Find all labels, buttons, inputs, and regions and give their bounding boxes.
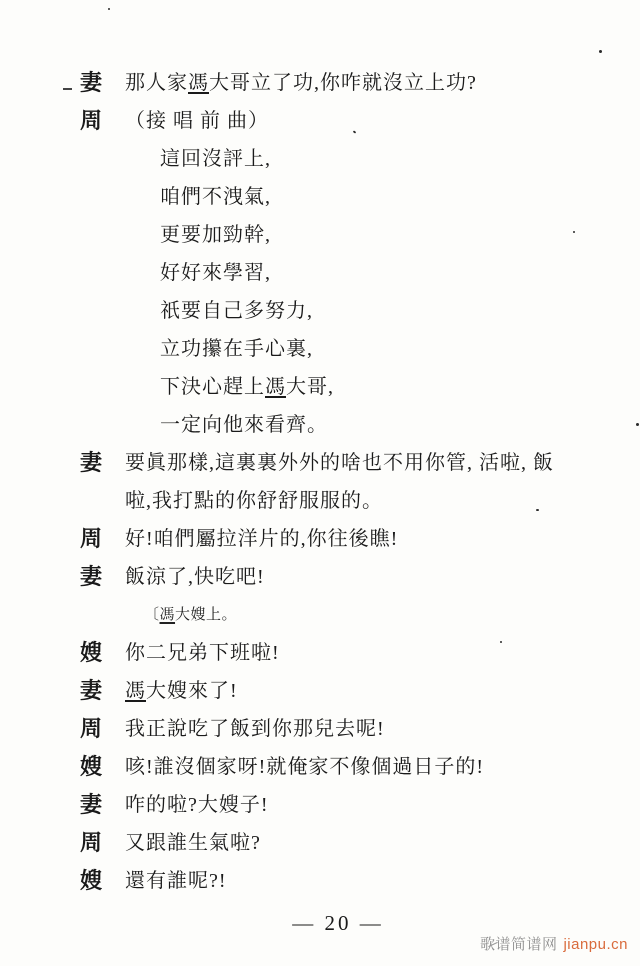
dialogue-line: 嫂你二兄弟下班啦! (80, 634, 606, 672)
line-text: 你二兄弟下班啦! (125, 634, 280, 672)
speaker-label: 妻 (80, 444, 125, 482)
watermark: 歌谱简谱网jianpu.cn (480, 933, 628, 954)
line-text: 祇要自己多努力, (160, 292, 313, 330)
dialogue-line: 妻飯涼了,快吃吧! (80, 558, 606, 596)
line-text: 〔馮大嫂上。 (144, 596, 237, 634)
script-lines: 妻那人家馮大哥立了功,你咋就沒立上功?周（接 唱 前 曲）這回沒評上,咱們不洩氣… (80, 64, 606, 900)
line-text: 好!咱們屬拉洋片的,你往後瞧! (125, 520, 398, 558)
speaker-label: 周 (80, 710, 125, 748)
speaker-label: 周 (80, 520, 125, 558)
line-text: 我正說吃了飯到你那兒去呢! (125, 710, 385, 748)
speaker-label: 嫂 (80, 862, 125, 900)
verse-line: 更要加勁幹, (80, 216, 606, 254)
underlined-proper-name: 馮 (265, 376, 286, 398)
line-text: 啦,我打點的你舒舒服服的。 (125, 482, 383, 520)
scan-noise-dot (500, 641, 502, 643)
dialogue-line: 嫂還有誰呢?! (80, 862, 606, 900)
verse-line: 咱們不洩氣, (80, 178, 606, 216)
line-text: 又跟誰生氣啦? (125, 824, 261, 862)
dialogue-line: 周好!咱們屬拉洋片的,你往後瞧! (80, 520, 606, 558)
line-text: 咳!誰沒個家呀!就俺家不像個過日子的! (125, 748, 484, 786)
watermark-site-url: jianpu.cn (563, 936, 628, 953)
dialogue-line: 周（接 唱 前 曲） (80, 102, 606, 140)
speaker-label: 周 (80, 824, 125, 862)
verse-line: 祇要自己多努力, (80, 292, 606, 330)
scan-noise-dash (63, 88, 72, 90)
line-text: 這回沒評上, (160, 140, 271, 178)
speaker-label: 妻 (80, 64, 125, 102)
line-text: 馮大嫂來了! (125, 672, 238, 710)
speaker-label: 妻 (80, 558, 125, 596)
verse-line: 這回沒評上, (80, 140, 606, 178)
speaker-label: 嫂 (80, 748, 125, 786)
script-body: 妻那人家馮大哥立了功,你咋就沒立上功?周（接 唱 前 曲）這回沒評上,咱們不洩氣… (80, 64, 606, 938)
line-text: 一定向他來看齊。 (160, 406, 328, 444)
line-text: 咋的啦?大嫂子! (125, 786, 269, 824)
line-text: 立功攥在手心裏, (160, 330, 313, 368)
verse-line: 立功攥在手心裏, (80, 330, 606, 368)
dialogue-line: 周又跟誰生氣啦? (80, 824, 606, 862)
stage-line: 〔馮大嫂上。 (80, 596, 606, 634)
dialogue-line: 嫂咳!誰沒個家呀!就俺家不像個過日子的! (80, 748, 606, 786)
verse-line: 一定向他來看齊。 (80, 406, 606, 444)
verse-line: 好好來學習, (80, 254, 606, 292)
underlined-proper-name: 馮 (160, 607, 176, 623)
underlined-proper-name: 馮 (125, 680, 146, 702)
dialogue-line: 妻咋的啦?大嫂子! (80, 786, 606, 824)
line-text: 飯涼了,快吃吧! (125, 558, 265, 596)
continuation-line: 啦,我打點的你舒舒服服的。 (80, 482, 606, 520)
scan-noise-dot (108, 8, 110, 10)
speaker-label: 嫂 (80, 634, 125, 672)
line-text: 那人家馮大哥立了功,你咋就沒立上功? (125, 64, 477, 102)
line-text: 更要加勁幹, (160, 216, 271, 254)
scan-noise-dot (573, 231, 575, 233)
line-text: （接 唱 前 曲） (125, 102, 269, 140)
dialogue-line: 妻馮大嫂來了! (80, 672, 606, 710)
dialogue-line: 妻那人家馮大哥立了功,你咋就沒立上功? (80, 64, 606, 102)
line-text: 咱們不洩氣, (160, 178, 271, 216)
dialogue-line: 妻要眞那樣,這裏裏外外的啥也不用你管, 活啦, 飯 (80, 444, 606, 482)
speaker-label: 妻 (80, 786, 125, 824)
speaker-label: 妻 (80, 672, 125, 710)
line-text: 下決心趕上馮大哥, (160, 368, 334, 406)
dialogue-line: 周我正說吃了飯到你那兒去呢! (80, 710, 606, 748)
line-text: 還有誰呢?! (125, 862, 227, 900)
scanned-page: 妻那人家馮大哥立了功,你咋就沒立上功?周（接 唱 前 曲）這回沒評上,咱們不洩氣… (0, 0, 640, 966)
verse-line: 下決心趕上馮大哥, (80, 368, 606, 406)
line-text: 好好來學習, (160, 254, 271, 292)
scan-noise-dot (536, 509, 539, 511)
speaker-label: 周 (80, 102, 125, 140)
scan-noise-dot (636, 423, 639, 426)
scan-noise-dot (599, 50, 602, 53)
underlined-proper-name: 馮 (188, 72, 209, 94)
line-text: 要眞那樣,這裏裏外外的啥也不用你管, 活啦, 飯 (125, 444, 554, 482)
